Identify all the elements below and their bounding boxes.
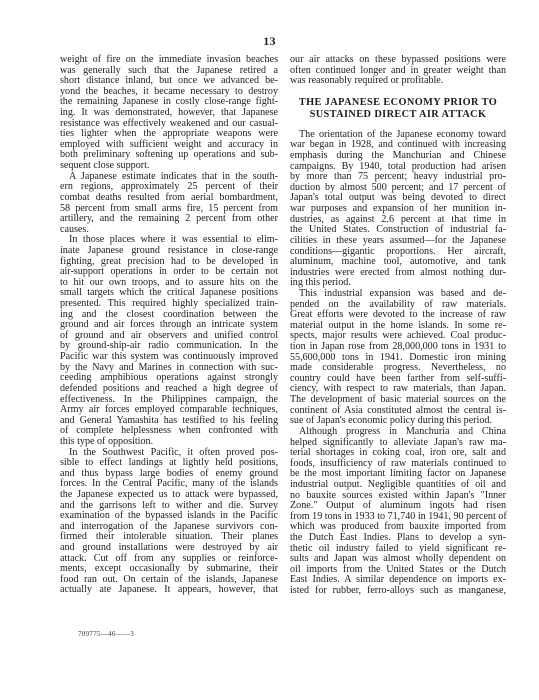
text-line: was reasonably required or profitable. — [290, 76, 506, 87]
text-line: this type of opposition. — [60, 437, 278, 448]
text-line: cilities in these years assumed—for the … — [290, 236, 506, 247]
right-column: our air attacks on these bypassed positi… — [290, 55, 506, 597]
left-paragraph: In those places where it was essential t… — [60, 235, 278, 447]
text-line: combat deaths resulted from aerial bomba… — [60, 193, 278, 204]
section-heading-line-2: SUSTAINED DIRECT AIR ATTACK — [290, 109, 506, 121]
left-paragraph: In the Southwest Pacific, it often prove… — [60, 448, 278, 597]
right-paragraph: This industrial expansion was based and … — [290, 289, 506, 427]
right-lead-paragraph: our air attacks on these bypassed positi… — [290, 55, 506, 87]
text-line: artillery, and the remaining 2 percent f… — [60, 214, 278, 225]
left-column: weight of fire on the immediate invasion… — [60, 55, 278, 596]
text-line: the Japanese expected us to attack were … — [60, 490, 278, 501]
text-line: Although progress in Manchuria and China — [290, 427, 506, 438]
text-line: the Dutch East Indies. Plans to develop … — [290, 533, 506, 544]
page-number: 13 — [0, 34, 539, 49]
right-paragraph: Although progress in Manchuria and China… — [290, 427, 506, 597]
left-paragraph: weight of fire on the immediate invasion… — [60, 55, 278, 172]
printer-code: 709775—46——3 — [78, 630, 134, 638]
text-line: isted for rubber, ferro-alloys such as m… — [290, 586, 506, 597]
section-heading-line-1: THE JAPANESE ECONOMY PRIOR TO — [290, 97, 506, 109]
text-line: This industrial expansion was based and … — [290, 289, 506, 300]
left-paragraph: A Japanese estimate indicates that in th… — [60, 172, 278, 236]
right-paragraphs: The orientation of the Japanese economy … — [290, 130, 506, 597]
text-line: defended positions and reached a high de… — [60, 384, 278, 395]
section-heading: THE JAPANESE ECONOMY PRIOR TO SUSTAINED … — [290, 97, 506, 121]
right-paragraph: The orientation of the Japanese economy … — [290, 130, 506, 289]
text-line: inate Japanese ground resistance in clos… — [60, 246, 278, 257]
text-line: actually ate Japanese. It appears, howev… — [60, 585, 278, 596]
text-line: industrial output. Negligible quantities… — [290, 480, 506, 491]
